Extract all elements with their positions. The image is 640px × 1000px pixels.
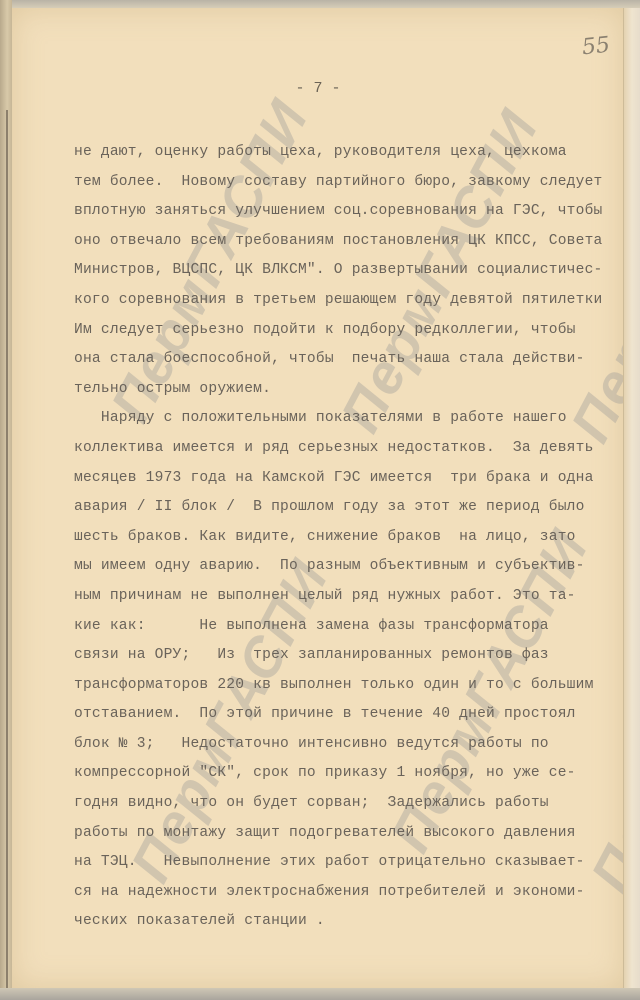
scan-bottom-edge: [0, 988, 640, 1000]
text-line: оно отвечало всем требованиям постановле…: [74, 227, 634, 257]
text-line: связи на ОРУ; Из трех запланированных ре…: [74, 641, 634, 671]
text-line: трансформаторов 220 кв выполнен только о…: [74, 671, 634, 701]
text-line: кие как: Не выполнена замена фазы трансф…: [74, 612, 634, 642]
page-stack-edge: [623, 8, 640, 988]
text-line: отставанием. По этой причине в течение 4…: [74, 700, 634, 730]
text-line: годня видно, что он будет сорван; Задерж…: [74, 789, 634, 819]
text-line: компрессорной "СК", срок по приказу 1 но…: [74, 759, 634, 789]
page-number: - 7 -: [12, 80, 624, 97]
folio-number: 55: [581, 33, 611, 61]
text-line: ным причинам не выполнен целый ряд нужны…: [74, 582, 634, 612]
typed-body-text: не дают, оценку работы цеха, руководител…: [74, 138, 634, 937]
text-line: кого соревнования в третьем решающем год…: [74, 286, 634, 316]
text-line: Наряду с положительными показателями в р…: [74, 404, 634, 434]
scanned-document: ПермГАСПИ ПермГАСПИ ПермГАСПИ ПермГАСПИ …: [0, 0, 640, 1000]
binding-thread: [6, 110, 8, 1000]
text-line: вплотную заняться улучшением соц.соревно…: [74, 197, 634, 227]
text-line: ся на надежности электроснабжения потреб…: [74, 878, 634, 908]
document-page: ПермГАСПИ ПермГАСПИ ПермГАСПИ ПермГАСПИ …: [12, 8, 624, 988]
scan-top-edge: [0, 0, 640, 8]
text-line: на ТЭЦ. Невыполнение этих работ отрицате…: [74, 848, 634, 878]
text-line: коллектива имеется и ряд серьезных недос…: [74, 434, 634, 464]
text-line: работы по монтажу защит подогревателей в…: [74, 819, 634, 849]
text-line: мы имеем одну аварию. По разным объектив…: [74, 552, 634, 582]
text-line: она стала боеспособной, чтобы печать наш…: [74, 345, 634, 375]
text-line: авария / II блок / В прошлом году за это…: [74, 493, 634, 523]
text-line: Министров, ВЦСПС, ЦК ВЛКСМ". О развертыв…: [74, 256, 634, 286]
text-line: ческих показателей станции .: [74, 907, 634, 937]
text-line: шесть браков. Как видите, снижение брако…: [74, 523, 634, 553]
text-line: блок № 3; Недостаточно интенсивно ведутс…: [74, 730, 634, 760]
text-line: месяцев 1973 года на Камской ГЭС имеется…: [74, 464, 634, 494]
text-line: Им следует серьезно подойти к подбору ре…: [74, 316, 634, 346]
text-line: тем более. Новому составу партийного бюр…: [74, 168, 634, 198]
text-line: не дают, оценку работы цеха, руководител…: [74, 138, 634, 168]
text-line: тельно острым оружием.: [74, 375, 634, 405]
